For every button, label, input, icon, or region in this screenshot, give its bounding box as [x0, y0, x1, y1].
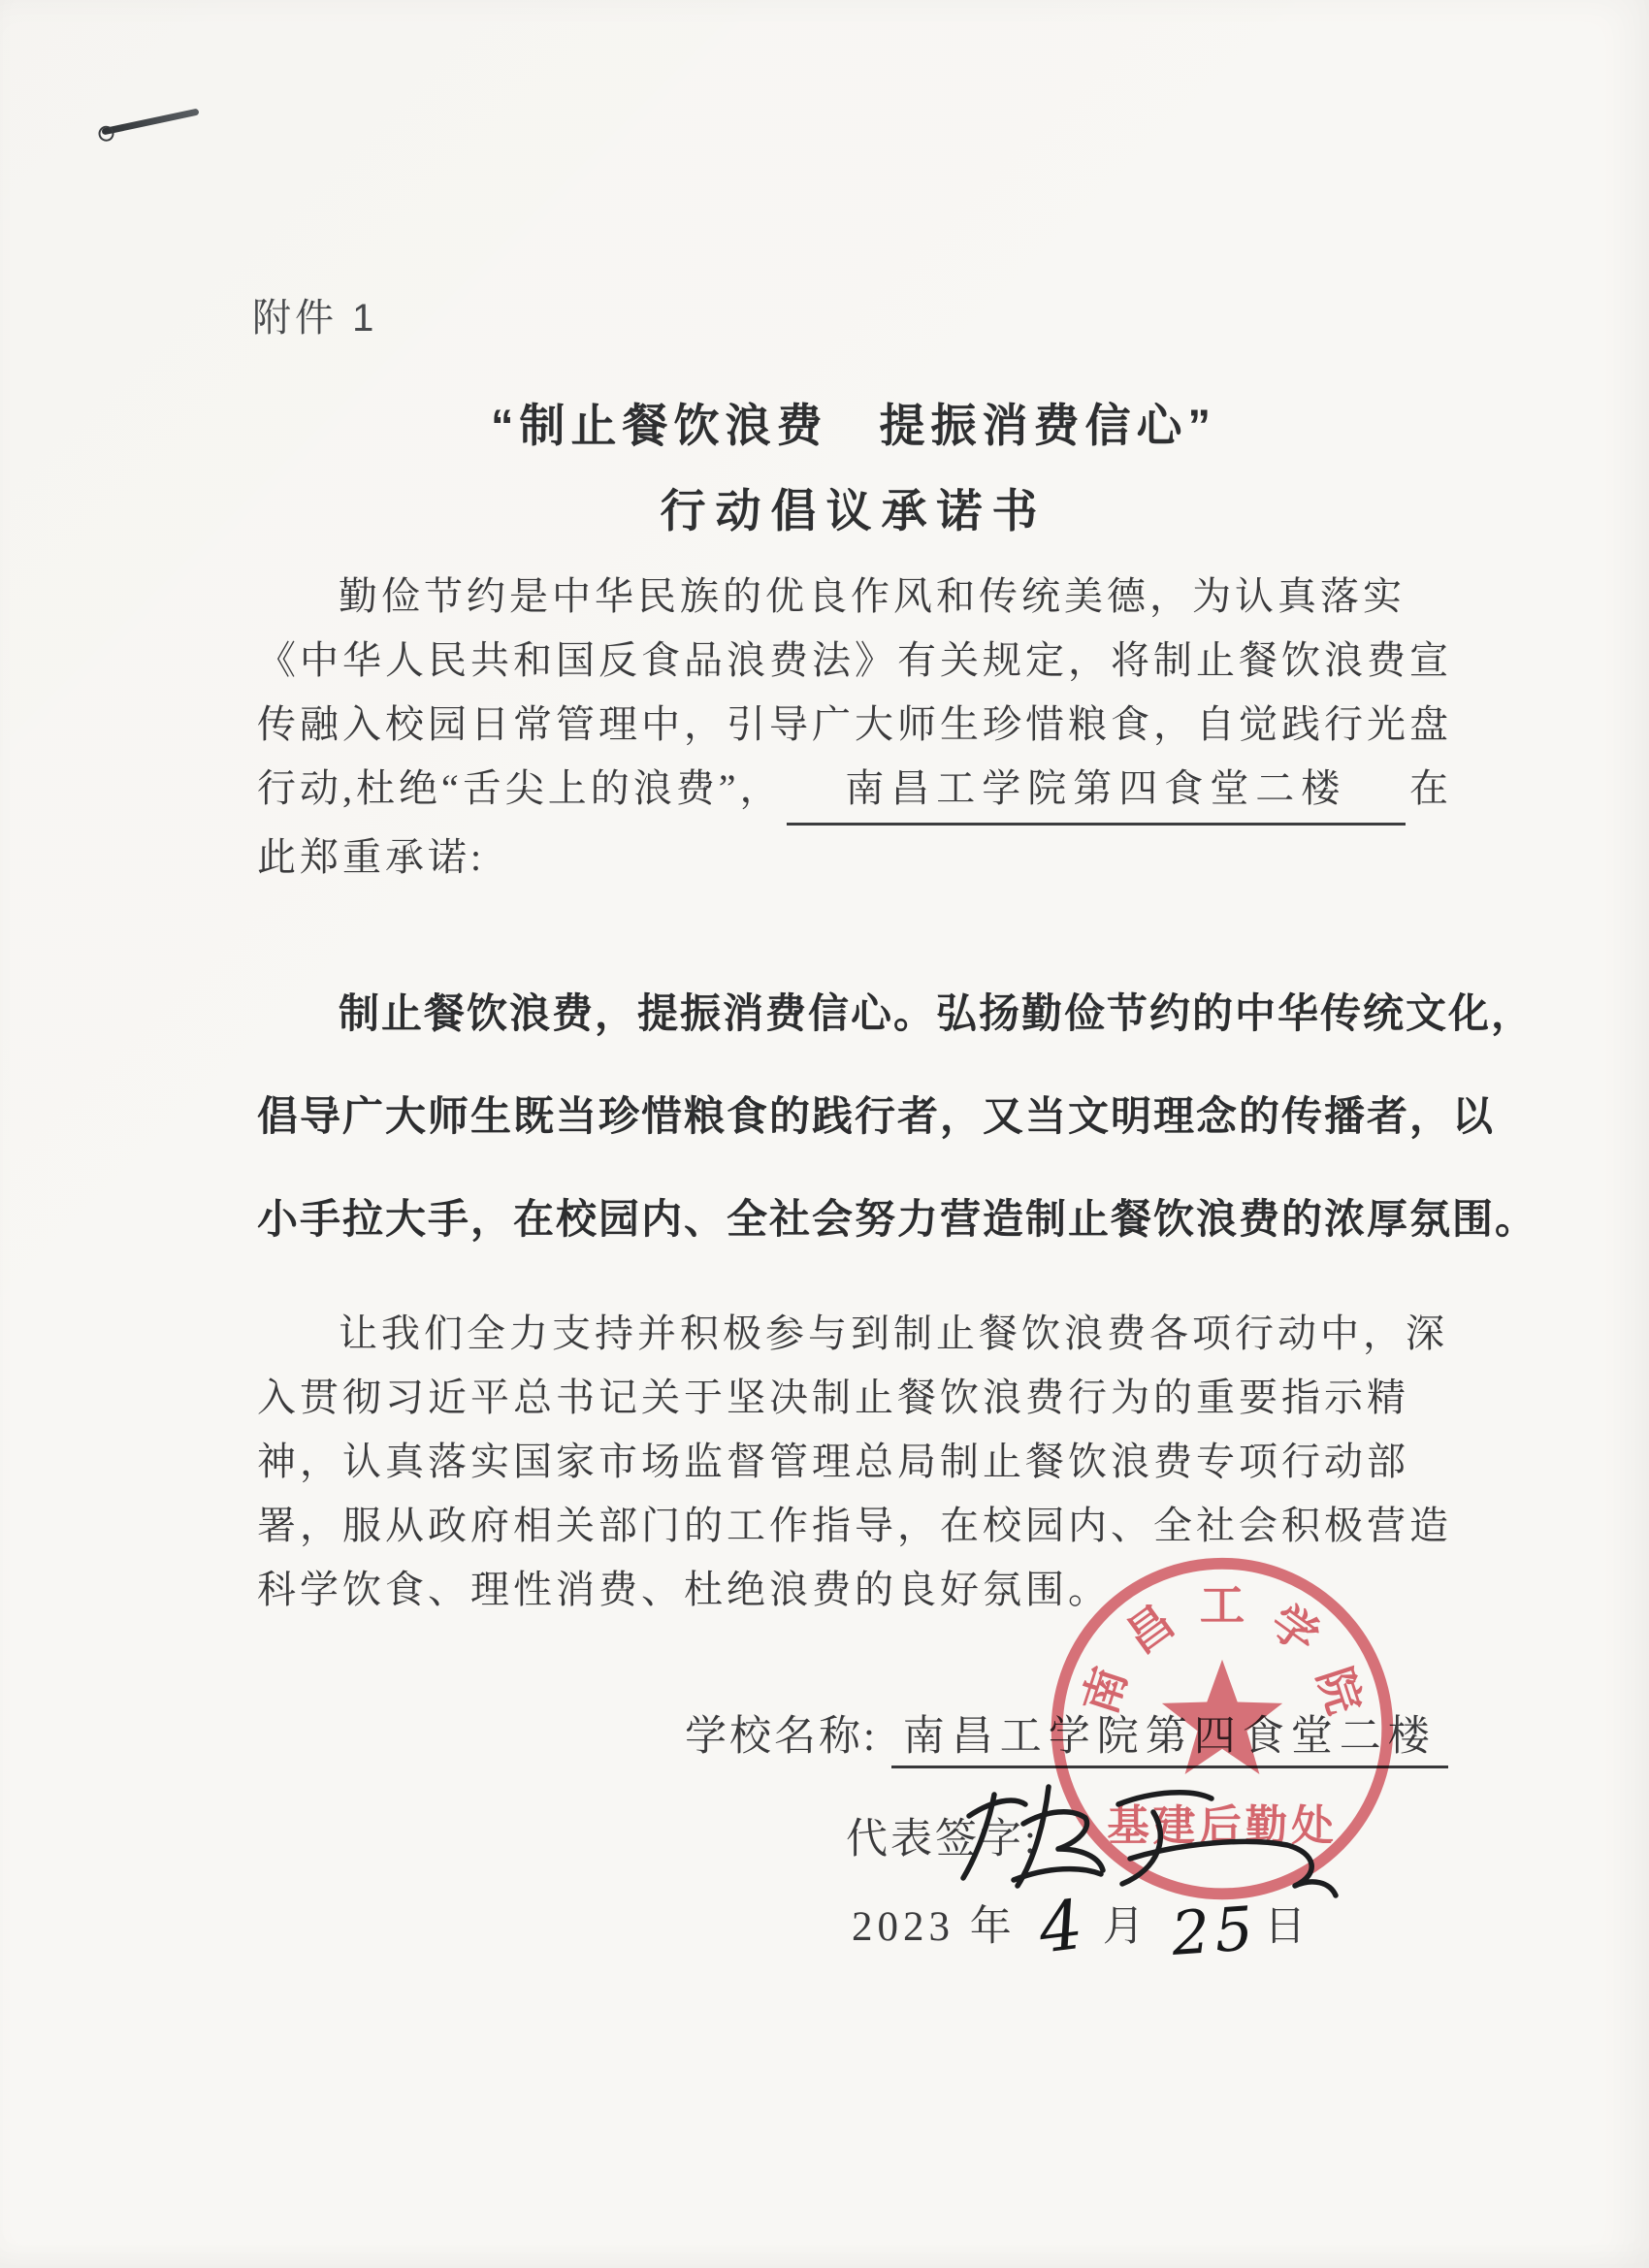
scan-artifact-mark [101, 108, 199, 135]
paragraph-line: 勤俭节约是中华民族的优良作风和传统美德，为认真落实 [257, 565, 1452, 629]
blank-suffix-text: 在 [1409, 757, 1452, 821]
paragraph-line: 倡导广大师生既当珍惜粮食的践行者，又当文明理念的传播者，以 [257, 1065, 1452, 1168]
paragraph-line: 此郑重承诺: [257, 826, 1452, 890]
paragraph-line: 入贯彻习近平总书记关于坚决制止餐饮浪费行为的重要指示精 [257, 1366, 1452, 1430]
document-title-line1: “制止餐饮浪费 提振消费信心” [257, 390, 1450, 455]
paragraph-line: 神，认真落实国家市场监督管理总局制止餐饮浪费专项行动部 [257, 1430, 1452, 1494]
handwritten-day: 25 [1171, 1928, 1257, 1934]
document-title-line2: 行动倡议承诺书 [257, 475, 1450, 540]
school-name-label: 学校名称: [685, 1714, 878, 1760]
filled-blank-school-name: 南昌工学院第四食堂二楼 [787, 757, 1406, 826]
paragraph-line: 小手拉大手，在校园内、全社会努力营造制止餐饮浪费的浓厚氛围。 [257, 1168, 1452, 1271]
paragraph-line: 传融入校园日常管理中，引导广大师生珍惜粮食，自觉践行光盘 [257, 693, 1452, 757]
svg-text:昌: 昌 [1116, 1596, 1182, 1663]
attachment-label: 附件 1 [252, 287, 377, 342]
svg-text:院: 院 [1309, 1662, 1371, 1721]
paragraph-line: 《中华人民共和国反食品浪费法》有关规定，将制止餐饮浪费宣 [257, 629, 1452, 693]
blank-prefix-text: 行动,杜绝“舌尖上的浪费”， [257, 757, 783, 821]
signature-handwriting [955, 1764, 1363, 1928]
paragraph-line: 让我们全力支持并积极参与到制止餐饮浪费各项行动中，深 [257, 1302, 1452, 1366]
paragraph-line-with-blank: 行动,杜绝“舌尖上的浪费”， 南昌工学院第四食堂二楼 在 [257, 757, 1452, 826]
paragraph-intro: 勤俭节约是中华民族的优良作风和传统美德，为认真落实 《中华人民共和国反食品浪费法… [257, 565, 1452, 890]
star-icon [1162, 1660, 1282, 1774]
scanned-document-page: 附件 1 “制止餐饮浪费 提振消费信心” 行动倡议承诺书 勤俭节约是中华民族的优… [0, 0, 1649, 2268]
paragraph-line: 制止餐饮浪费，提振消费信心。弘扬勤俭节约的中华传统文化， [257, 962, 1452, 1065]
paragraph-pledge-bold: 制止餐饮浪费，提振消费信心。弘扬勤俭节约的中华传统文化， 倡导广大师生既当珍惜粮… [257, 962, 1452, 1271]
svg-text:南: 南 [1074, 1662, 1136, 1720]
svg-text:学: 学 [1261, 1596, 1327, 1663]
svg-text:工: 工 [1200, 1580, 1245, 1631]
